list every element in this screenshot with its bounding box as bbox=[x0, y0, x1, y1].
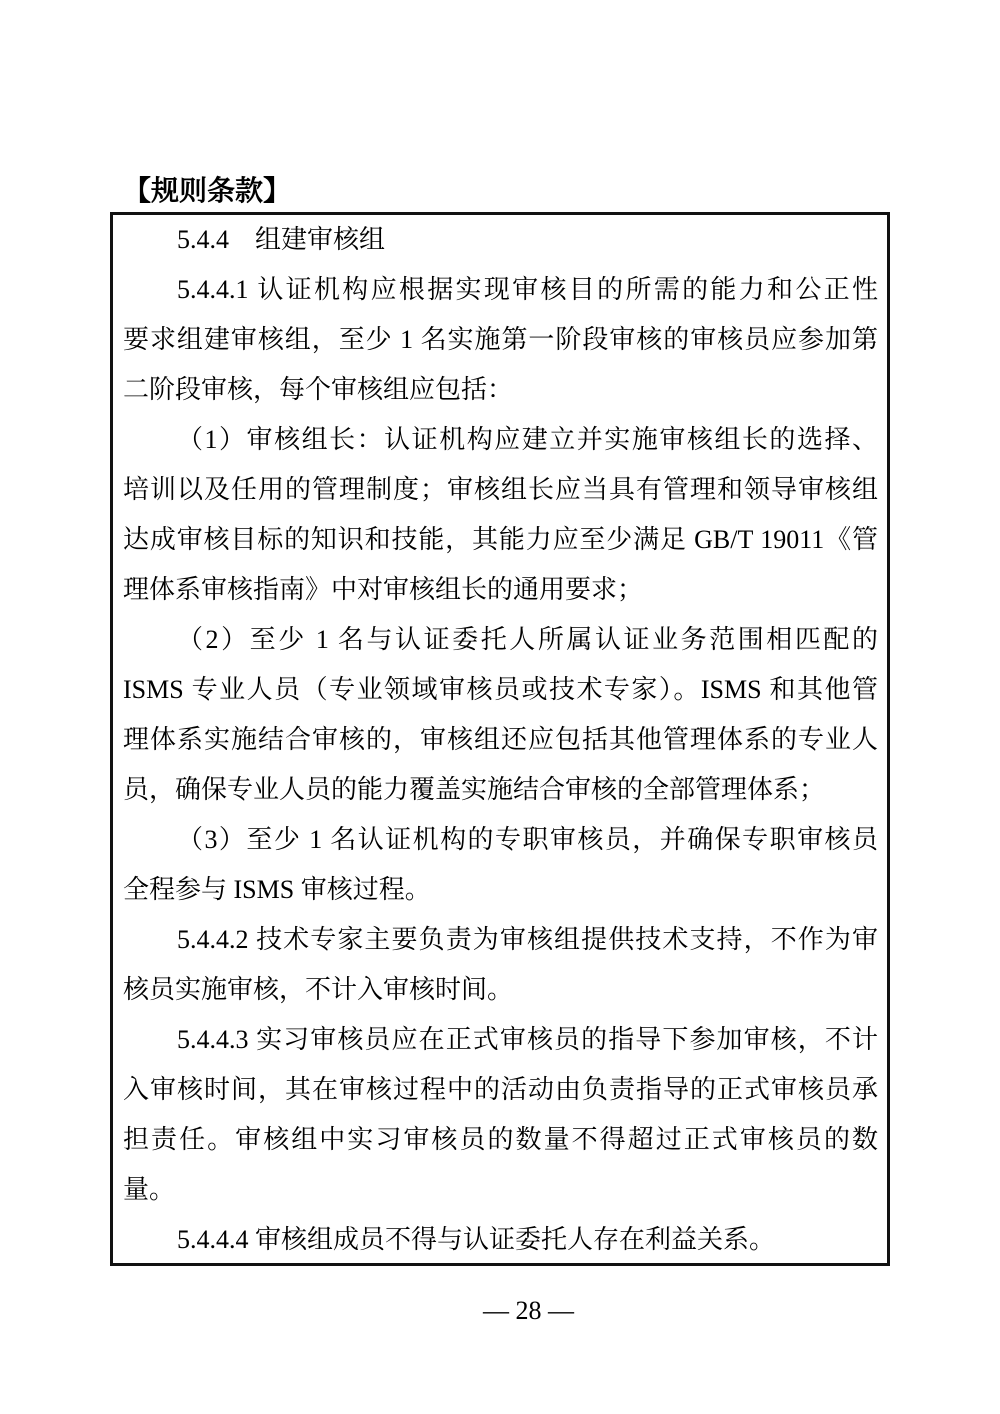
text-line: 理体系实施结合审核的，审核组还应包括其他管理体系的专业人 bbox=[123, 715, 878, 765]
rule-clause-text: 5.4.4 组建审核组5.4.4.1 认证机构应根据实现审核目的所需的能力和公正… bbox=[123, 215, 878, 1265]
text-line: 员，确保专业人员的能力覆盖实施结合审核的全部管理体系； bbox=[123, 765, 878, 815]
text-line: 5.4.4 组建审核组 bbox=[123, 215, 878, 265]
text-line: 二阶段审核，每个审核组应包括： bbox=[123, 365, 878, 415]
text-line: 核员实施审核，不计入审核时间。 bbox=[123, 965, 878, 1015]
text-line: 5.4.4.1 认证机构应根据实现审核目的所需的能力和公正性 bbox=[123, 265, 878, 315]
text-line: （3）至少 1 名认证机构的专职审核员，并确保专职审核员 bbox=[123, 815, 878, 865]
text-line: 要求组建审核组，至少 1 名实施第一阶段审核的审核员应参加第 bbox=[123, 315, 878, 365]
text-line: 达成审核目标的知识和技能，其能力应至少满足 GB/T 19011《管 bbox=[123, 515, 878, 565]
text-line: 5.4.4.4 审核组成员不得与认证委托人存在利益关系。 bbox=[123, 1215, 878, 1265]
text-line: 入审核时间，其在审核过程中的活动由负责指导的正式审核员承 bbox=[123, 1065, 878, 1115]
text-line: 理体系审核指南》中对审核组长的通用要求； bbox=[123, 565, 878, 615]
text-line: 量。 bbox=[123, 1165, 878, 1215]
rule-clause-box: 5.4.4 组建审核组5.4.4.1 认证机构应根据实现审核目的所需的能力和公正… bbox=[110, 212, 890, 1266]
text-line: 5.4.4.2 技术专家主要负责为审核组提供技术支持，不作为审 bbox=[123, 915, 878, 965]
text-line: 5.4.4.3 实习审核员应在正式审核员的指导下参加审核，不计 bbox=[123, 1015, 878, 1065]
text-line: 培训以及任用的管理制度；审核组长应当具有管理和领导审核组 bbox=[123, 465, 878, 515]
text-line: ISMS 专业人员（专业领域审核员或技术专家）。ISMS 和其他管 bbox=[123, 665, 878, 715]
document-page: 【规则条款】 5.4.4 组建审核组5.4.4.1 认证机构应根据实现审核目的所… bbox=[0, 0, 1000, 1414]
text-line: 担责任。审核组中实习审核员的数量不得超过正式审核员的数 bbox=[123, 1115, 878, 1165]
text-line: 全程参与 ISMS 审核过程。 bbox=[123, 865, 878, 915]
section-header: 【规则条款】 bbox=[123, 176, 291, 206]
page-number: — 28 — bbox=[483, 1296, 574, 1326]
text-line: （1）审核组长：认证机构应建立并实施审核组长的选择、 bbox=[123, 415, 878, 465]
text-line: （2）至少 1 名与认证委托人所属认证业务范围相匹配的 bbox=[123, 615, 878, 665]
